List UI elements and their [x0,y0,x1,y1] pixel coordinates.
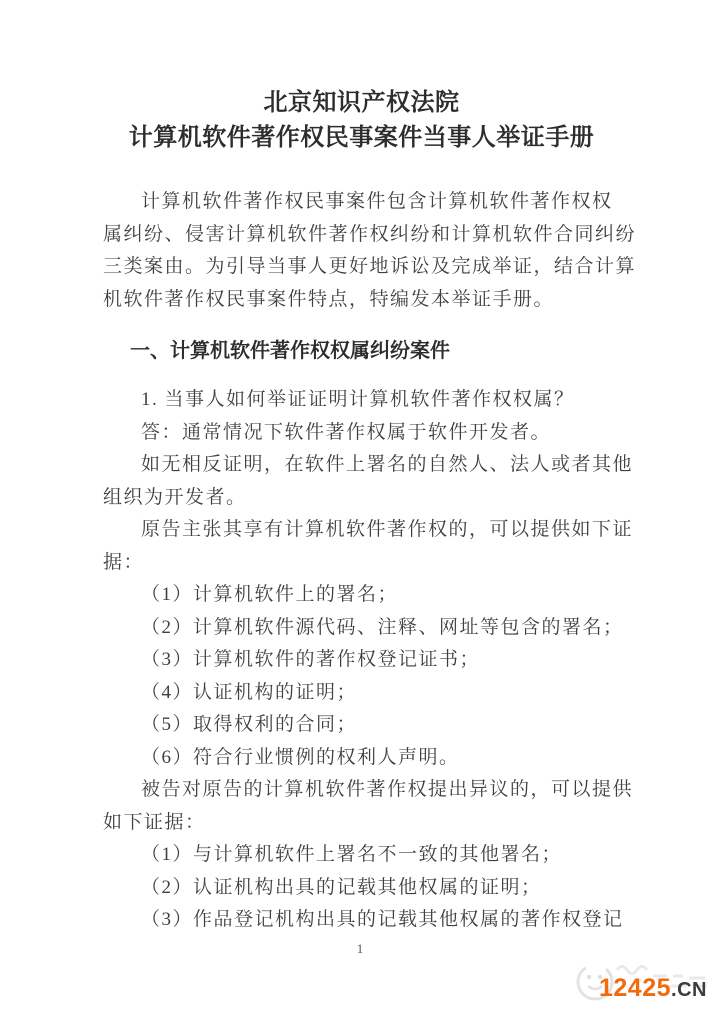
text-line: 属纠纷、侵害计算机软件著作权纠纷和计算机软件合同纠纷 [103,219,620,252]
text-line: 1. 当事人如何举证证明计算机软件著作权权属？ [103,384,620,417]
text-line: 答：通常情况下软件著作权属于软件开发者。 [103,417,620,450]
page-number: 1 [0,941,720,957]
text-line: （3）作品登记机构出具的记载其他权属的著作权登记 [103,904,620,937]
text-line: 原告主张其享有计算机软件著作权的，可以提供如下证 [103,514,620,547]
text-line: （4）认证机构的证明； [103,677,620,710]
document-content: 北京知识产权法院 计算机软件著作权民事案件当事人举证手册 计算机软件著作权民事案… [103,85,620,937]
text-line: 被告对原告的计算机软件著作权提出异议的，可以提供 [103,774,620,807]
text-line: （1）与计算机软件上署名不一致的其他署名； [103,839,620,872]
watermark-text-primary: 12425 [599,974,671,1002]
title-line-2: 计算机软件著作权民事案件当事人举证手册 [103,120,620,155]
intro-paragraph: 计算机软件著作权民事案件包含计算机软件著作权权属纠纷、侵害计算机软件著作权纠纷和… [103,186,620,316]
document-title: 北京知识产权法院 计算机软件著作权民事案件当事人举证手册 [103,85,620,155]
text-line: （1）计算机软件上的署名； [103,579,620,612]
document-page: 北京知识产权法院 计算机软件著作权民事案件当事人举证手册 计算机软件著作权民事案… [0,0,720,1018]
title-line-1: 北京知识产权法院 [103,85,620,120]
text-line: 据： [103,547,620,580]
text-line: （2）计算机软件源代码、注释、网址等包含的署名； [103,612,620,645]
text-line: （3）计算机软件的著作权登记证书； [103,644,620,677]
text-line: （6）符合行业惯例的权利人声明。 [103,742,620,775]
text-line: 三类案由。为引导当事人更好地诉讼及完成举证，结合计算 [103,251,620,284]
text-line: 如无相反证明，在软件上署名的自然人、法人或者其他 [103,449,620,482]
watermark-text-suffix: .CN [671,979,707,1001]
section-1-body: 1. 当事人如何举证证明计算机软件著作权权属？答：通常情况下软件著作权属于软件开… [103,384,620,937]
text-line: 计算机软件著作权民事案件包含计算机软件著作权权 [103,186,620,219]
watermark-text: 12425.CN [599,974,707,1003]
section-1-heading: 一、计算机软件著作权权属纠纷案件 [103,335,620,368]
text-line: （2）认证机构出具的记载其他权属的证明； [103,872,620,905]
text-line: 组织为开发者。 [103,482,620,515]
text-line: 机软件著作权民事案件特点，特编发本举证手册。 [103,284,620,317]
text-line: 如下证据： [103,807,620,840]
watermark: 12425.CN [569,958,715,1006]
document-body: 计算机软件著作权民事案件包含计算机软件著作权权属纠纷、侵害计算机软件著作权纠纷和… [103,186,620,937]
text-line: （5）取得权利的合同； [103,709,620,742]
